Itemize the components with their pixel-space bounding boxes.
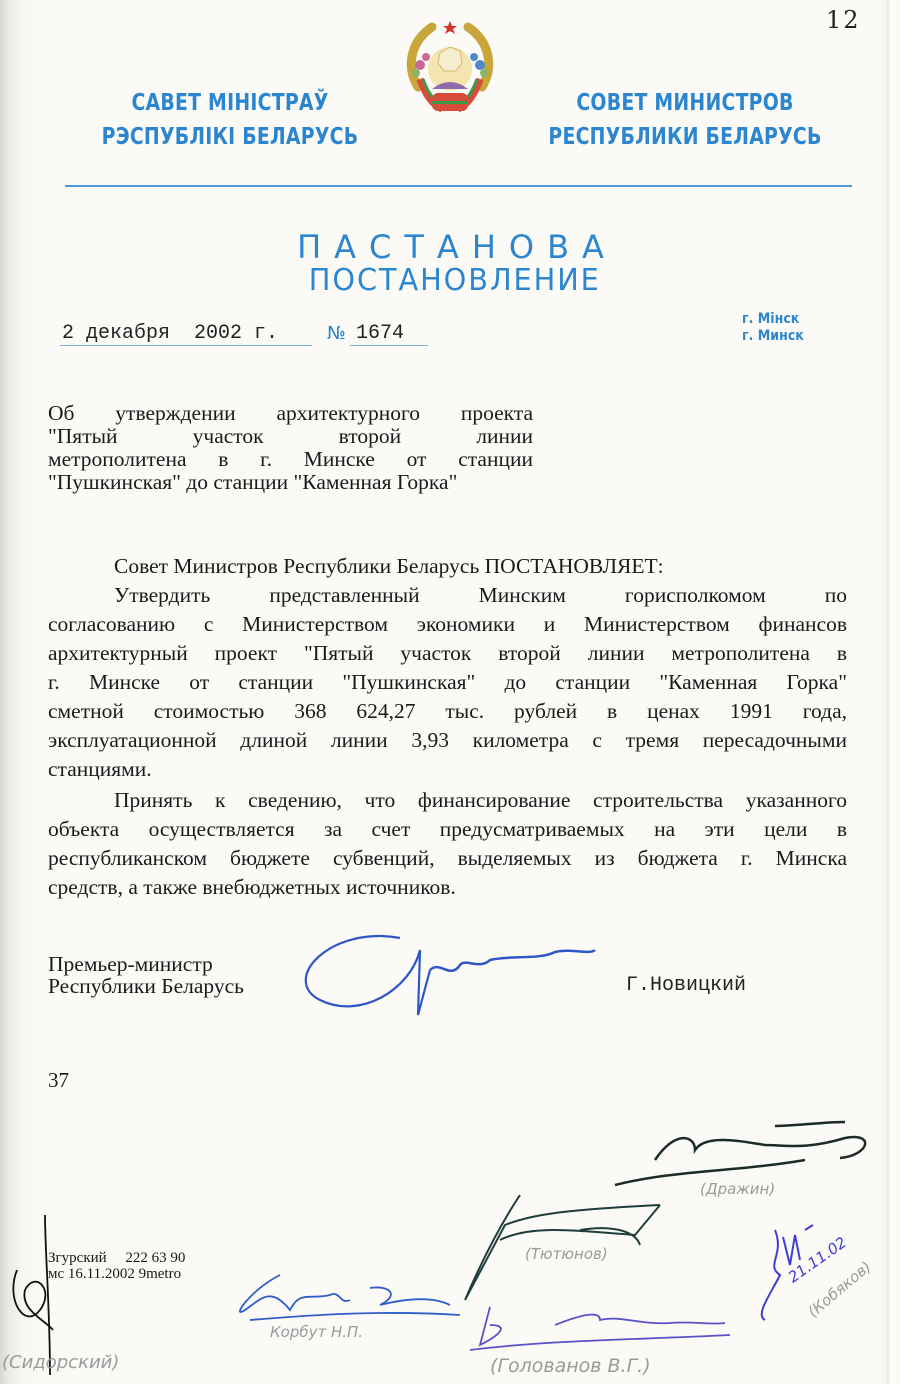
page-number: 12 [826,6,861,34]
approval-name-golovanov: (Голованов В.Г.) [490,1355,651,1377]
executor-line2: мс 16.11.2002 9metro [48,1266,185,1282]
body-line: г. Минске от станции "Пушкинская" до ста… [48,668,847,697]
body-line: эксплуатационной длиной линии 3,93 килом… [48,726,847,755]
body-line: сметной стоимостью 368 624,27 тыс. рубле… [48,697,847,726]
signatory-title-line1: Премьер-министр [48,953,244,975]
document-page: 12 САВЕТ МІНІСТРАЎ РЭСПУБЛІКІ БЕЛАРУСЬ [0,0,900,1384]
body-line: станциями. [48,755,847,784]
body-line: Принять к сведению, что финансирование с… [48,786,847,815]
body-line: архитектурный проект "Пятый участок втор… [48,639,847,668]
document-subject: Об утверждении архитектурного проекта "П… [48,402,533,494]
city-belarusian: г. Мінск [742,311,804,328]
number-sign: № [327,323,346,344]
date-underline [60,345,312,346]
subject-line: "Пушкинская" до станции "Каменная Горка" [48,471,533,494]
doc-type-belarusian: ПАСТАНОВА [0,228,900,266]
body-line: согласованию с Министерством экономики и… [48,610,847,639]
approval-name-sidorsky: (Сидорский) [2,1352,119,1373]
signatory-title-line2: Республики Беларусь [48,975,244,997]
subject-line: Об утверждении архитектурного проекта [48,402,533,425]
approval-name-drazhin: (Дражин) [700,1180,775,1198]
document-date: 2 декабря 2002 г. [62,322,278,345]
state-emblem-icon [398,17,502,121]
registry-number: 37 [48,1068,69,1093]
body-line: объекта осуществляется за счет предусмат… [48,815,847,844]
letterhead-ru-line2: РЕСПУБЛИКИ БЕЛАРУСЬ [533,120,836,154]
preamble: Совет Министров Республики Беларусь ПОСТ… [48,552,847,581]
letterhead-ru-line1: СОВЕТ МИНИСТРОВ [533,86,836,120]
letterhead-divider [65,185,852,187]
letterhead-by-line1: САВЕТ МІНІСТРАЎ [74,86,386,120]
approval-name-tyutyunov: (Тютюнов) [525,1245,608,1263]
approval-name-korbut: Корбут Н.П. [270,1323,363,1341]
city-label: г. Мінск г. Минск [742,311,804,345]
body-line: республиканском бюджете субвенций, выдел… [48,844,847,873]
subject-line: метрополитена в г. Минске от станции [48,448,533,471]
letterhead-russian: СОВЕТ МИНИСТРОВ РЕСПУБЛИКИ БЕЛАРУСЬ [533,86,836,154]
number-underline [350,345,428,346]
letterhead-belarusian: САВЕТ МІНІСТРАЎ РЭСПУБЛІКІ БЕЛАРУСЬ [74,86,386,154]
document-number: 1674 [356,322,404,345]
body-line: средств, а также внебюджетных источников… [48,873,847,902]
doc-type-russian: ПОСТАНОВЛЕНИЕ [18,263,882,298]
prime-minister-signature-icon [290,930,610,1035]
document-body: Совет Министров Республики Беларусь ПОСТ… [48,552,847,902]
executor-note: Згурский 222 63 90 мс 16.11.2002 9metro [48,1250,185,1282]
city-russian: г. Минск [742,328,804,345]
executor-line1: Згурский 222 63 90 [48,1250,185,1266]
signatory-name: Г.Новицкий [626,974,746,997]
signatory-title: Премьер-министр Республики Беларусь [48,953,244,997]
subject-line: "Пятый участок второй линии [48,425,533,448]
body-line: Утвердить представленный Минским гориспо… [48,581,847,610]
letterhead-by-line2: РЭСПУБЛІКІ БЕЛАРУСЬ [74,120,386,154]
